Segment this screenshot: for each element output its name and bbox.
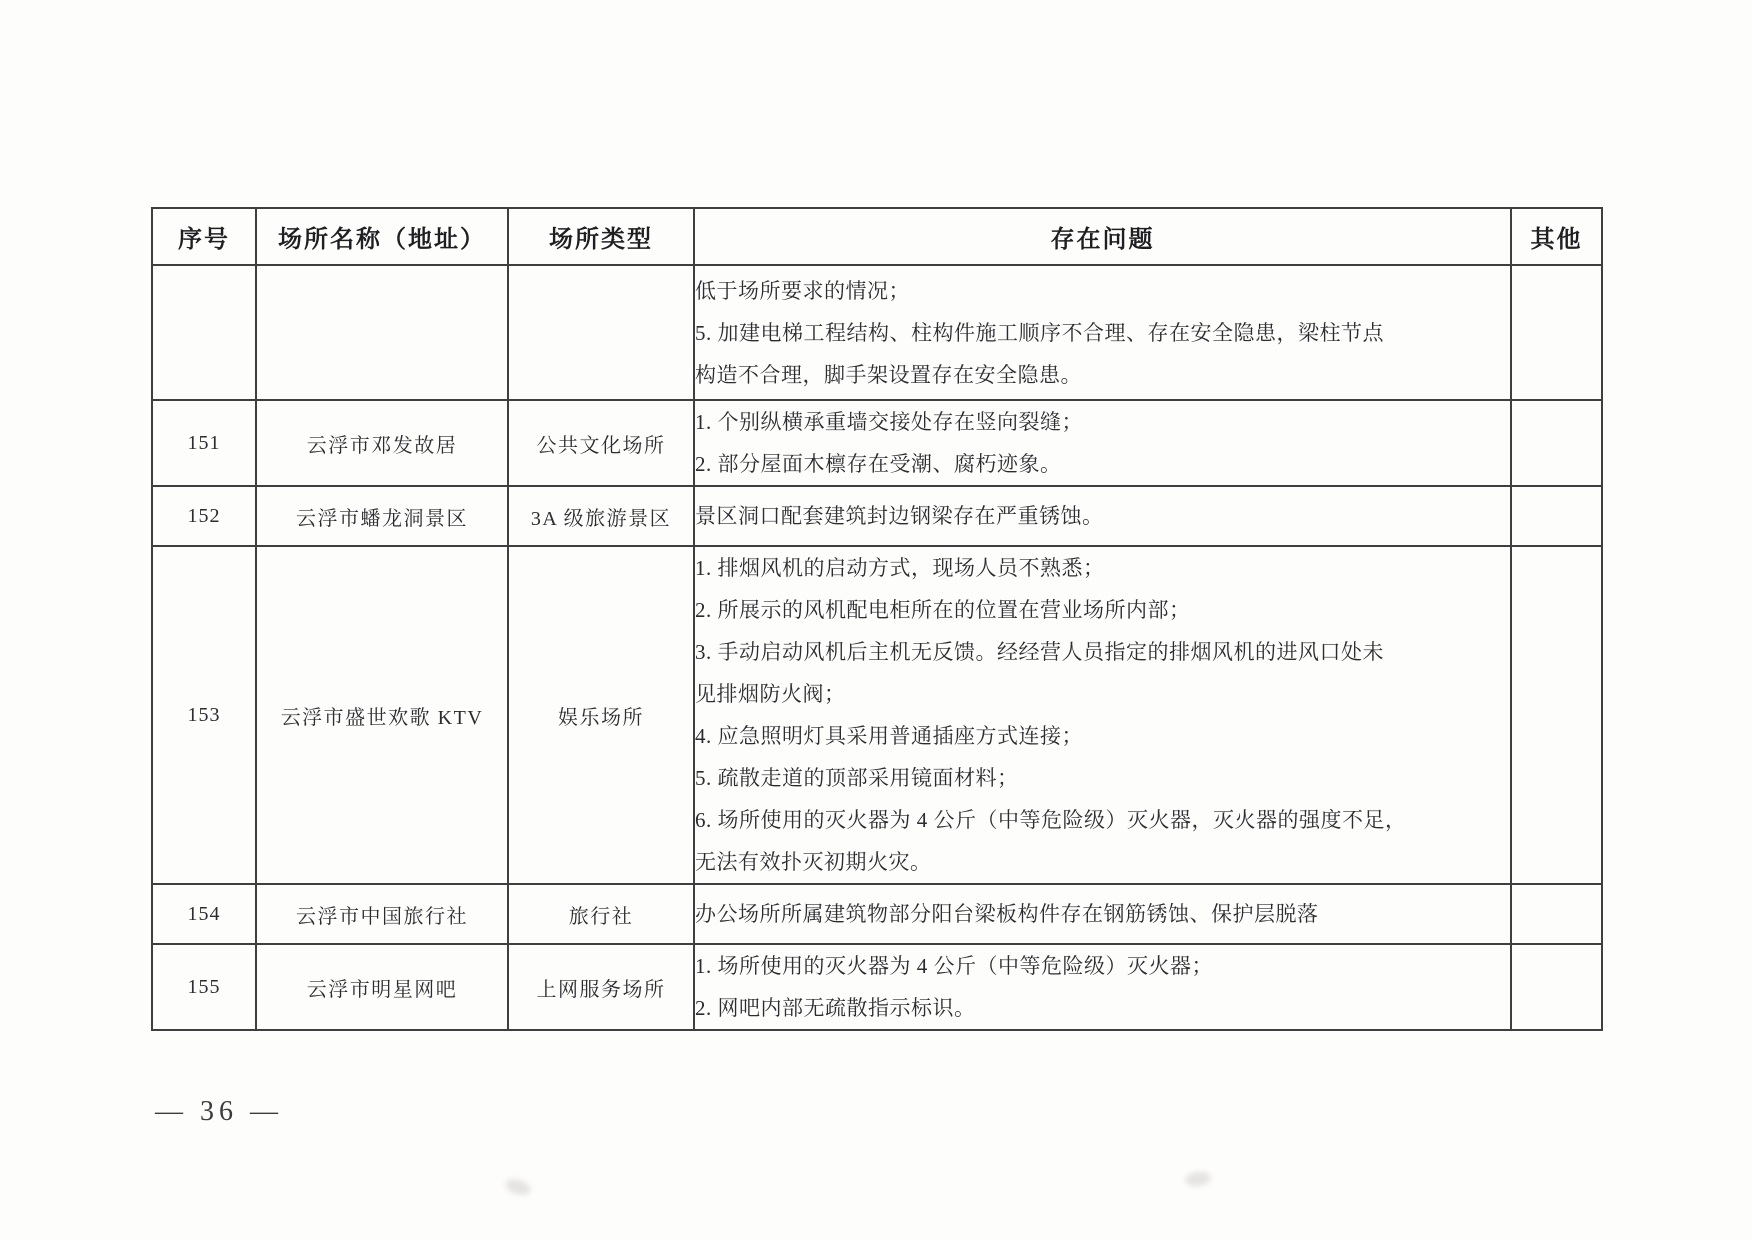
cell-other — [1511, 400, 1602, 486]
table-row-152: 152 云浮市蟠龙洞景区 3A 级旅游景区 景区洞口配套建筑封边钢梁存在严重锈蚀… — [152, 486, 1602, 546]
cell-place-name: 云浮市蟠龙洞景区 — [256, 486, 508, 546]
scanned-document-page: 序号 场所名称（地址） 场所类型 存在问题 其他 低于场所要求的情况； 5. 加… — [0, 0, 1752, 1240]
header-place-type: 场所类型 — [508, 208, 694, 265]
cell-other — [1511, 944, 1602, 1030]
problem-line: 1. 场所使用的灭火器为 4 公斤（中等危险级）灭火器； — [695, 945, 1510, 987]
cell-place-name: 云浮市邓发故居 — [256, 400, 508, 486]
problem-line: 1. 排烟风机的启动方式，现场人员不熟悉； — [695, 547, 1510, 589]
inspection-problems-table: 序号 场所名称（地址） 场所类型 存在问题 其他 低于场所要求的情况； 5. 加… — [151, 207, 1603, 1031]
header-other: 其他 — [1511, 208, 1602, 265]
table-row-154: 154 云浮市中国旅行社 旅行社 办公场所所属建筑物部分阳台梁板构件存在钢筋锈蚀… — [152, 884, 1602, 944]
cell-place-type: 3A 级旅游景区 — [508, 486, 694, 546]
cell-place-type: 公共文化场所 — [508, 400, 694, 486]
problem-line: 3. 手动启动风机后主机无反馈。经经营人员指定的排烟风机的进风口处未 — [695, 631, 1510, 673]
cell-other — [1511, 884, 1602, 944]
cell-serial: 155 — [152, 944, 256, 1030]
cell-place-name — [256, 265, 508, 400]
problem-line: 见排烟防火阀； — [695, 673, 1510, 715]
cell-problems: 办公场所所属建筑物部分阳台梁板构件存在钢筋锈蚀、保护层脱落 — [694, 884, 1511, 944]
cell-serial: 151 — [152, 400, 256, 486]
cell-other — [1511, 546, 1602, 884]
problem-line: 1. 个别纵横承重墙交接处存在竖向裂缝； — [695, 401, 1510, 443]
cell-place-type: 旅行社 — [508, 884, 694, 944]
problem-line: 景区洞口配套建筑封边钢梁存在严重锈蚀。 — [695, 495, 1510, 537]
header-place-name: 场所名称（地址） — [256, 208, 508, 265]
cell-serial: 153 — [152, 546, 256, 884]
scan-artifact — [503, 1176, 532, 1197]
cell-problems: 1. 排烟风机的启动方式，现场人员不熟悉； 2. 所展示的风机配电柜所在的位置在… — [694, 546, 1511, 884]
problem-line: 办公场所所属建筑物部分阳台梁板构件存在钢筋锈蚀、保护层脱落 — [695, 893, 1510, 935]
cell-serial — [152, 265, 256, 400]
cell-place-type: 上网服务场所 — [508, 944, 694, 1030]
header-serial: 序号 — [152, 208, 256, 265]
table-row-151: 151 云浮市邓发故居 公共文化场所 1. 个别纵横承重墙交接处存在竖向裂缝； … — [152, 400, 1602, 486]
table-row-continuation: 低于场所要求的情况； 5. 加建电梯工程结构、柱构件施工顺序不合理、存在安全隐患… — [152, 265, 1602, 400]
problem-line: 无法有效扑灭初期火灾。 — [695, 841, 1510, 883]
cell-other — [1511, 486, 1602, 546]
cell-problems: 景区洞口配套建筑封边钢梁存在严重锈蚀。 — [694, 486, 1511, 546]
cell-place-type — [508, 265, 694, 400]
table-row-155: 155 云浮市明星网吧 上网服务场所 1. 场所使用的灭火器为 4 公斤（中等危… — [152, 944, 1602, 1030]
problem-line: 2. 部分屋面木檩存在受潮、腐朽迹象。 — [695, 443, 1510, 485]
cell-problems: 1. 场所使用的灭火器为 4 公斤（中等危险级）灭火器； 2. 网吧内部无疏散指… — [694, 944, 1511, 1030]
problem-line: 2. 所展示的风机配电柜所在的位置在营业场所内部； — [695, 589, 1510, 631]
table-row-153: 153 云浮市盛世欢歌 KTV 娱乐场所 1. 排烟风机的启动方式，现场人员不熟… — [152, 546, 1602, 884]
problem-line: 6. 场所使用的灭火器为 4 公斤（中等危险级）灭火器，灭火器的强度不足， — [695, 799, 1510, 841]
cell-serial: 154 — [152, 884, 256, 944]
scan-artifact — [1184, 1170, 1212, 1187]
problem-line: 5. 加建电梯工程结构、柱构件施工顺序不合理、存在安全隐患，梁柱节点 — [695, 312, 1510, 354]
problem-line: 2. 网吧内部无疏散指示标识。 — [695, 987, 1510, 1029]
problem-line: 低于场所要求的情况； — [695, 270, 1510, 312]
cell-other — [1511, 265, 1602, 400]
cell-place-name: 云浮市盛世欢歌 KTV — [256, 546, 508, 884]
cell-serial: 152 — [152, 486, 256, 546]
problem-line: 构造不合理，脚手架设置存在安全隐患。 — [695, 354, 1510, 396]
cell-problems: 1. 个别纵横承重墙交接处存在竖向裂缝； 2. 部分屋面木檩存在受潮、腐朽迹象。 — [694, 400, 1511, 486]
page-number: — 36 — — [155, 1096, 283, 1128]
problem-line: 4. 应急照明灯具采用普通插座方式连接； — [695, 715, 1510, 757]
header-problems: 存在问题 — [694, 208, 1511, 265]
table-header-row: 序号 场所名称（地址） 场所类型 存在问题 其他 — [152, 208, 1602, 265]
problem-line: 5. 疏散走道的顶部采用镜面材料； — [695, 757, 1510, 799]
cell-place-type: 娱乐场所 — [508, 546, 694, 884]
cell-problems: 低于场所要求的情况； 5. 加建电梯工程结构、柱构件施工顺序不合理、存在安全隐患… — [694, 265, 1511, 400]
cell-place-name: 云浮市明星网吧 — [256, 944, 508, 1030]
cell-place-name: 云浮市中国旅行社 — [256, 884, 508, 944]
